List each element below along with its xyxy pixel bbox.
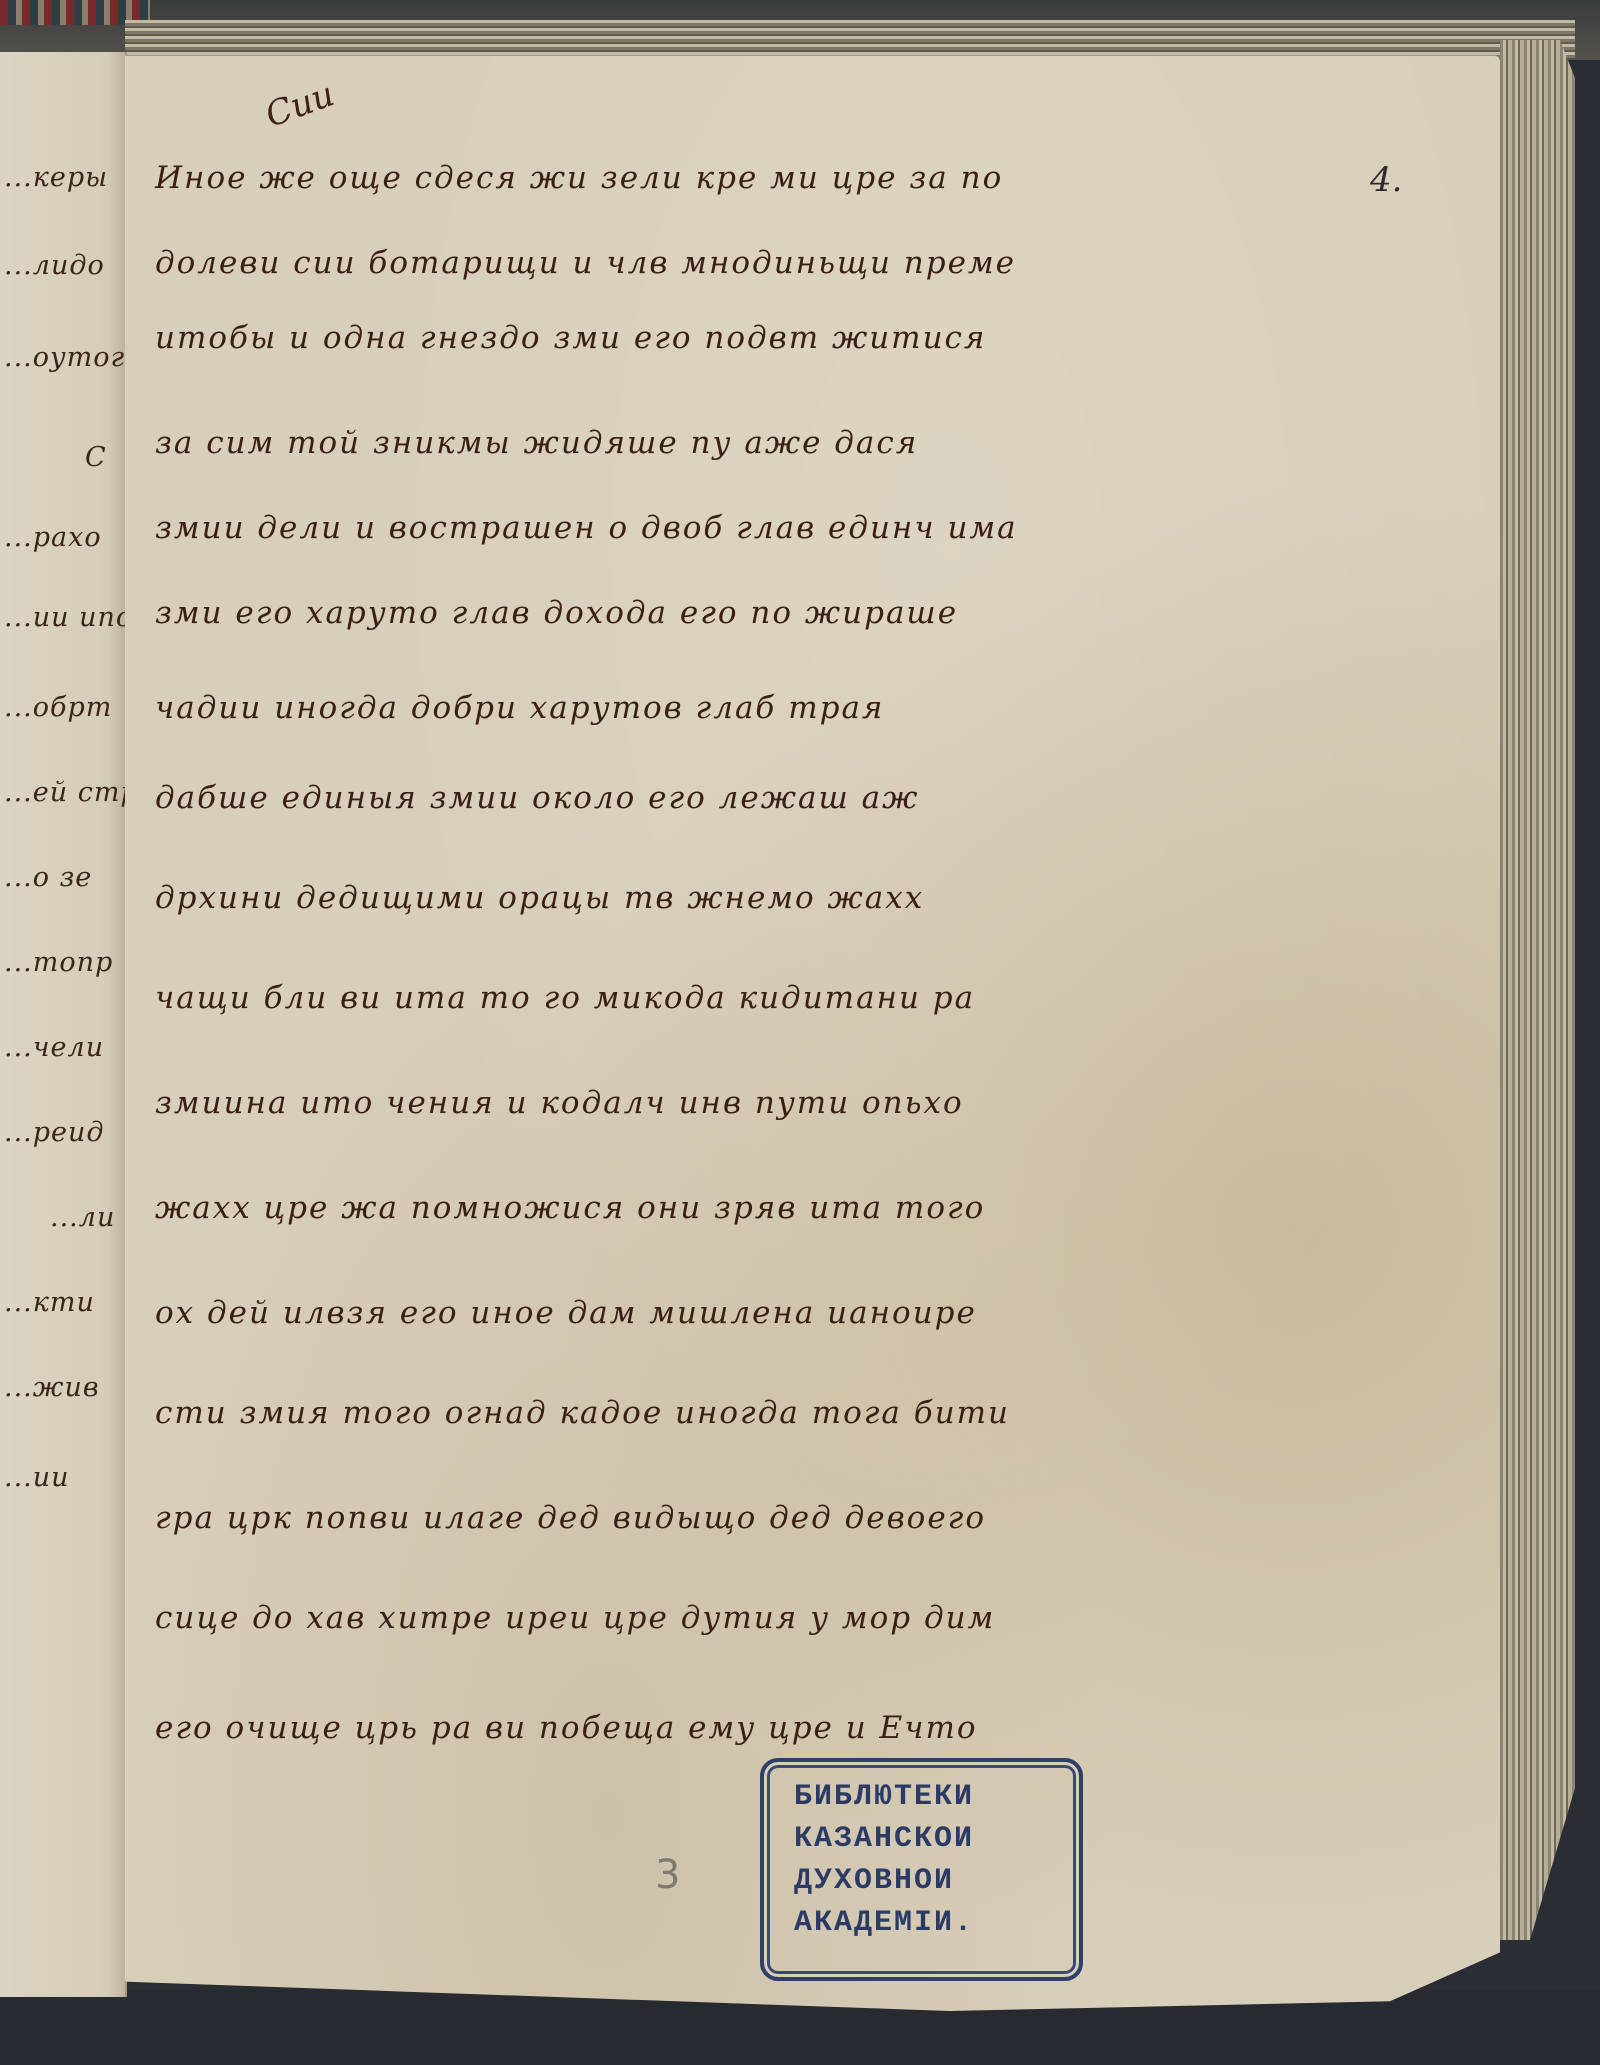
text-line: жахх цре жа помножися они зряв ита того xyxy=(155,1190,1255,1226)
text-line: змии дели и вострашен о двоб глав единч … xyxy=(155,510,1255,546)
left-line: ...ии xyxy=(4,1462,70,1493)
stamp-line: ДУХОВНОИ xyxy=(764,1860,1079,1902)
stamp-line: КАЗАНСКОИ xyxy=(764,1818,1079,1860)
text-line: за сим той зникмы жидяше пу аже дася xyxy=(155,425,1255,461)
folio-number: 4. xyxy=(1370,160,1402,200)
left-line: ...керы xyxy=(4,162,108,193)
text-line: долеви сии ботарищи и члв мнодиньщи прем… xyxy=(155,245,1255,281)
left-line: ...о зе xyxy=(4,862,92,893)
stamp-line: АКАДЕМІИ. xyxy=(764,1902,1079,1944)
left-line: ...чели xyxy=(4,1032,104,1063)
text-line: его очище црь ра ви побеща ему цре и Ечт… xyxy=(155,1710,1255,1746)
left-line: ...реид xyxy=(4,1117,105,1148)
left-line: ...топр xyxy=(4,947,113,978)
text-line: змиина ито чения и кодалч инв пути опьхо xyxy=(155,1085,1255,1121)
left-line: ...рахо xyxy=(4,522,102,553)
left-line: ...лидо xyxy=(4,250,105,281)
text-line: сице до хав хитре иреи цре дутия у мор д… xyxy=(155,1600,1255,1636)
left-line: ...жив xyxy=(4,1372,100,1403)
library-stamp: БИБЛЮТЕКИ КАЗАНСКОИ ДУХОВНОИ АКАДЕМІИ. xyxy=(760,1758,1083,1981)
text-line: чащи бли ви ита то го микода кидитани ра xyxy=(155,980,1255,1016)
left-line: ...оутог xyxy=(4,342,125,373)
left-line: ...ей стр xyxy=(4,777,139,808)
text-line: чадии иногда добри харутов глаб трая xyxy=(155,690,1255,726)
left-line: ...ли xyxy=(50,1202,115,1233)
left-line: ...ии ипо xyxy=(4,602,133,633)
left-line: С xyxy=(85,442,107,473)
pencil-number: 3 xyxy=(655,1852,680,1898)
left-line: ...кти xyxy=(4,1287,95,1318)
stamp-line: БИБЛЮТЕКИ xyxy=(764,1776,1079,1818)
text-line: дабше единыя змии около его лежаш аж xyxy=(155,780,1255,816)
text-line: дрхини дедищими орацы тв жнемо жахх xyxy=(155,880,1255,916)
page-block-fore-edge xyxy=(1500,40,1575,1940)
page-block-top-edges xyxy=(125,20,1575,58)
left-page: ...керы ...лидо ...оутог С ...рахо ...ии… xyxy=(0,52,127,1997)
text-line: гра црк попви илаге дед видыщо дед девое… xyxy=(155,1500,1255,1536)
text-line: ох дей илвзя его иное дам мишлена ианоир… xyxy=(155,1295,1255,1331)
text-line: зми его харуто глав дохода его по жираше xyxy=(155,595,1255,631)
text-line: сти змия того огнад кадое иногда тога би… xyxy=(155,1395,1255,1431)
text-line: Иное же още сдеся жи зели кре ми цре за … xyxy=(155,160,1255,196)
left-line: ...обрт xyxy=(4,692,112,723)
text-line: итобы и одна гнездо зми его подвт житися xyxy=(155,320,1255,356)
